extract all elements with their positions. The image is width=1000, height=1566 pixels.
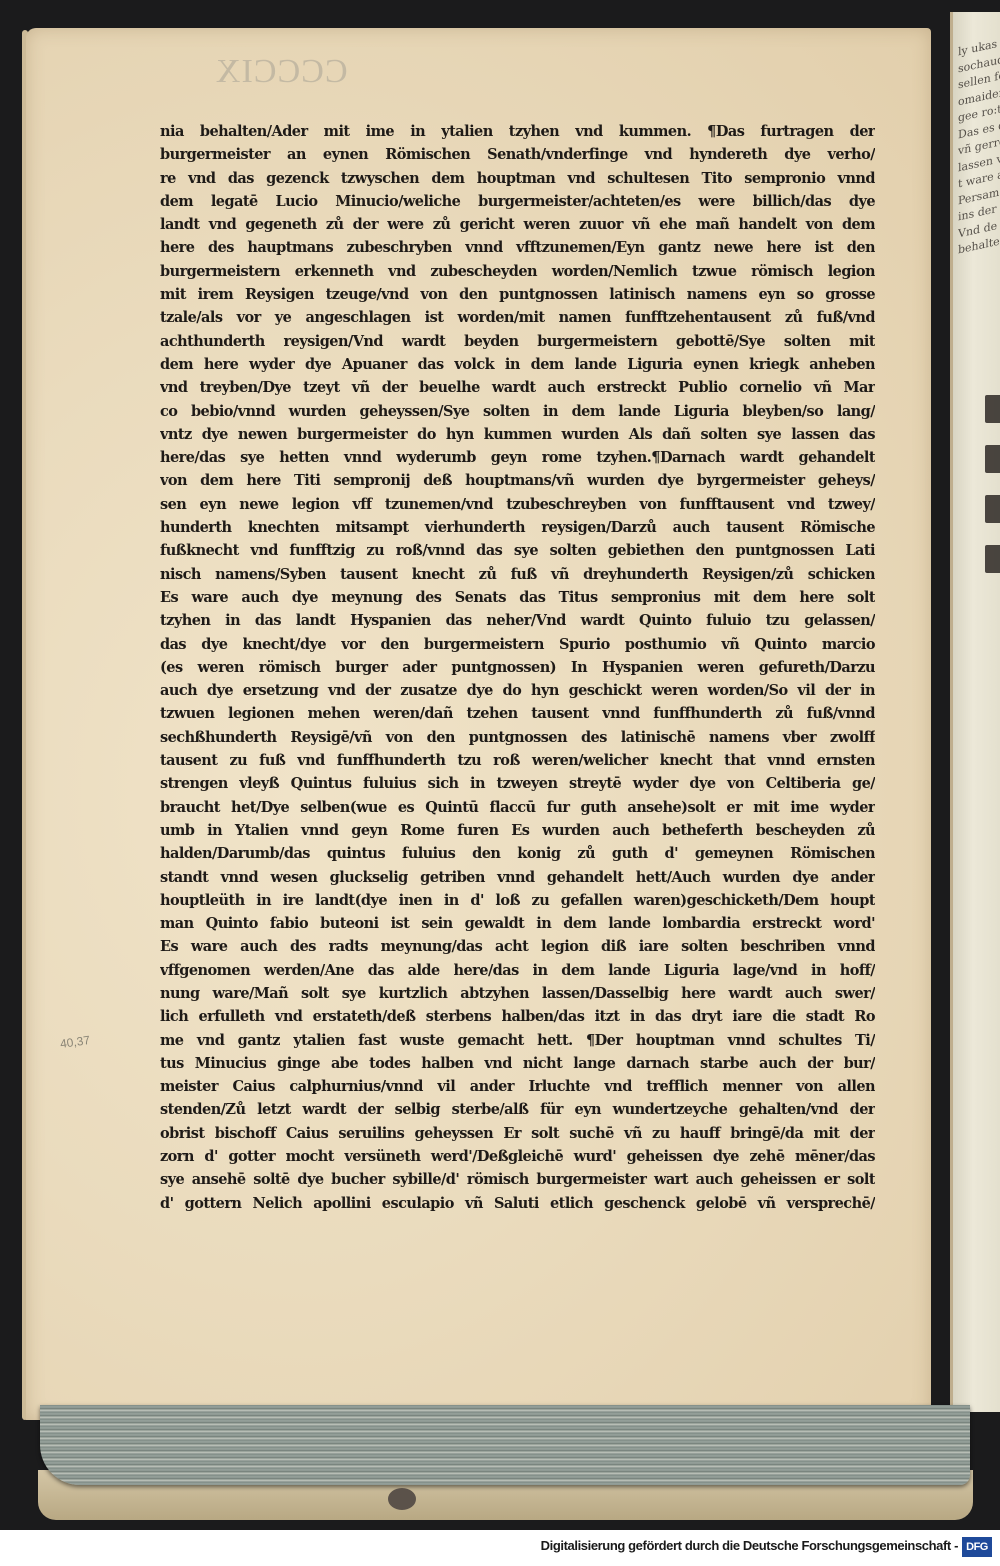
text-line: Es ware auch dye meynung des Senats das … (160, 586, 875, 609)
text-line: halden/Darumb/das quintus fuluius den ko… (160, 842, 875, 865)
text-line: das dye knecht/dye vor den burgermeister… (160, 633, 875, 656)
text-line: vffgenomen werden/Ane das alde here/das … (160, 959, 875, 982)
text-line: strengen vleyß Quintus fuluius sich in t… (160, 772, 875, 795)
text-line: umb in Ytalien vnnd geyn Rome furen Es w… (160, 819, 875, 842)
text-line: man Quinto fabio buteoni ist sein gewald… (160, 912, 875, 935)
text-line: dem legatē Lucio Minucio/weliche burgerm… (160, 190, 875, 213)
text-line: tus Minucius ginge abe todes halben vnd … (160, 1052, 875, 1075)
text-line: achthunderth reysigen/Vnd wardt beyden b… (160, 330, 875, 353)
text-line: mit irem Reysigen tzeuge/vnd von den pun… (160, 283, 875, 306)
text-line: lich erfulleth vnd erstateth/deß sterben… (160, 1005, 875, 1028)
binding-clasp (388, 1488, 416, 1510)
text-line: d' gottern Nelich apollini esculapio vñ … (160, 1192, 875, 1215)
text-line: hunderth knechten mitsampt vierhunderth … (160, 516, 875, 539)
text-line: sye ansehē soltē dye bucher sybille/d' r… (160, 1168, 875, 1191)
text-line: vntz dye newen burgermeister do hyn kumm… (160, 423, 875, 446)
text-line: von dem here Titi sempronij deß houptman… (160, 469, 875, 492)
text-line: burgermeister an eynen Römischen Senath/… (160, 143, 875, 166)
dfg-logo-icon: DFG (962, 1537, 992, 1557)
body-text: nia behalten/Ader mit ime in ytalien tzy… (160, 120, 875, 1215)
text-line: fußknecht vnd funfftzig zu roß/vnnd das … (160, 539, 875, 562)
text-line: tausent zu fuß vnd funffhunderth tzu roß… (160, 749, 875, 772)
text-line: meister Caius calphurnius/vnnd vil ander… (160, 1075, 875, 1098)
text-line: me vnd gantz ytalien fast wuste gemacht … (160, 1029, 875, 1052)
text-line: zorn d' gotter mocht versüneth werd'/Deß… (160, 1145, 875, 1168)
text-line: standt vnnd wesen gluckselig getriben vn… (160, 866, 875, 889)
text-line: tzwuen legionen mehen weren/dañ tzehen t… (160, 702, 875, 725)
text-line: braucht het/Dye selben(wue es Quintū fla… (160, 796, 875, 819)
text-line: auch dye ersetzung vnd der zusatze dye d… (160, 679, 875, 702)
text-line: nung ware/Mañ solt sye kurtzlich abtzyhe… (160, 982, 875, 1005)
text-line: nisch namens/Syben tausent knecht zů fuß… (160, 563, 875, 586)
folio-number-showthrough: CCCCIX (215, 53, 348, 91)
text-line: obrist bischoff Caius seruilins geheysse… (160, 1122, 875, 1145)
text-line: here des hauptmans zubeschryben vnnd vff… (160, 236, 875, 259)
text-line: burgermeistern erkenneth vnd zubescheyde… (160, 260, 875, 283)
adjacent-page-text: ly ukas sochaud D sellen fech omaider ge… (958, 36, 1000, 259)
text-line: Es ware auch des radts meynung/das acht … (160, 935, 875, 958)
text-line: nia behalten/Ader mit ime in ytalien tzy… (160, 120, 875, 143)
text-line: re vnd das gezenck tzwyschen dem houptma… (160, 167, 875, 190)
text-line: landt vnd gegeneth zů der were zů gerich… (160, 213, 875, 236)
text-line: (es weren römisch burger ader puntgnosse… (160, 656, 875, 679)
text-line: vnd treyben/Dye tzeyt vñ der beuelhe war… (160, 376, 875, 399)
text-line: tzale/als vor ye angeschlagen ist worden… (160, 306, 875, 329)
text-line: stenden/Zů letzt wardt der selbig sterbe… (160, 1098, 875, 1121)
text-line: sechßhunderth Reysigē/vñ von den puntgno… (160, 726, 875, 749)
text-line: sen eyn newe legion vff tzunemen/vnd tzu… (160, 493, 875, 516)
adjacent-page-heading-initials (985, 395, 1000, 595)
funding-credit: Digitalisierung gefördert durch die Deut… (541, 1538, 958, 1553)
text-line: co bebio/vnnd wurden geheyssen/Sye solte… (160, 400, 875, 423)
text-line: houptleüth in ire landt(dye inen in d' l… (160, 889, 875, 912)
text-line: here/das sye hetten vnnd wyderumb geyn r… (160, 446, 875, 469)
text-line: tzyhen in das landt Hyspanien das neher/… (160, 609, 875, 632)
text-line: dem here wyder dye Apuaner das volck in … (160, 353, 875, 376)
page-stack-edge (40, 1405, 970, 1485)
